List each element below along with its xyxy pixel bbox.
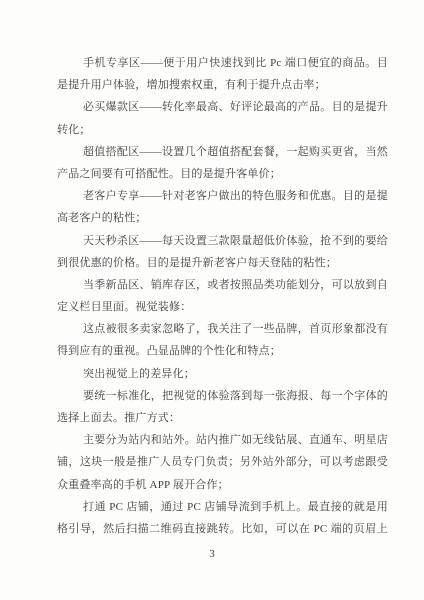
text-line: 是提升用户体验，增加搜索权重，有利于提升点击率； (57, 74, 388, 96)
text-line: 必买爆款区——转化率最高、好评论最高的产品。目的是提升 (57, 96, 388, 118)
text-line: 产品之间要有可搭配性。目的是提升客单价； (57, 163, 388, 185)
text-line: 定义栏目里面。视觉装修： (57, 296, 388, 318)
text-line: 铺，这块一般是推广人员专门负责；另外站外部分，可以考虑跟受 (57, 451, 388, 473)
document-page: 手机专享区——便于用户快速找到比 Pc 端口便宜的商品。目的是提升用户体验，增加… (0, 0, 424, 600)
text-line: 到很优惠的价格。目的是提升新老客户每天登陆的粘性； (57, 252, 388, 274)
text-line: 突出视觉上的差异化； (57, 363, 388, 385)
page-number: 3 (0, 548, 424, 560)
text-line: 主要分为站内和站外。站内推广如无线钻展、直通车、明星店 (57, 429, 388, 451)
text-line: 转化； (57, 119, 388, 141)
text-line: 众重叠率高的手机 APP 展开合作； (57, 474, 388, 496)
text-line: 高老客户的粘性； (57, 207, 388, 229)
text-line: 这点被很多卖家忽略了，我关注了一些品牌，首页形象都没有 (57, 318, 388, 340)
text-line: 当季新品区、销库存区，或者按照品类功能划分，可以放到自 (57, 274, 388, 296)
text-line: 老客户专享——针对老客户做出的特色服务和优惠。目的是提 (57, 185, 388, 207)
text-line: 要统一标准化，把视觉的体验落到每一张海报、每一个字体的 (57, 385, 388, 407)
text-line: 天天秒杀区——每天设置三款限量超低价体验，抢不到的要给 (57, 230, 388, 252)
text-line: 手机专享区——便于用户快速找到比 Pc 端口便宜的商品。目的 (57, 52, 388, 74)
text-line: 得到应有的重视。凸显品牌的个性化和特点； (57, 340, 388, 362)
text-line: 格引导，然后扫描二维码直接跳转。比如，可以在 PC 端的页眉上设 (57, 518, 388, 540)
text-line: 打通 PC 店铺，通过 PC 店铺导流到手机上。最直接的就是用价 (57, 496, 388, 518)
text-line: 选择上面去。推广方式： (57, 407, 388, 429)
text-line: 超值搭配区——设置几个超值搭配套餐，一起购买更省，当然 (57, 141, 388, 163)
body-text: 手机专享区——便于用户快速找到比 Pc 端口便宜的商品。目的是提升用户体验，增加… (57, 52, 388, 540)
